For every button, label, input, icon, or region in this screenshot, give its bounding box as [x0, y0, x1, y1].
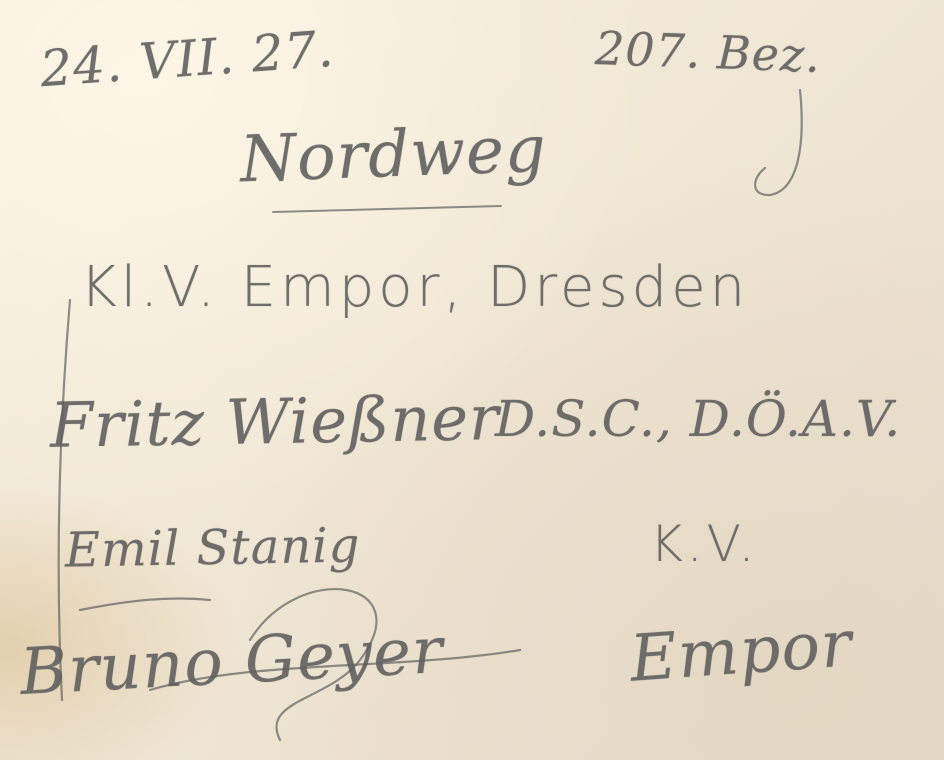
signature-1: Fritz Wießner [49, 381, 500, 462]
signature-2: Emil Stanig [65, 517, 361, 578]
signature-3: Bruno Geyer [18, 614, 445, 710]
heading-underline [272, 205, 502, 213]
signature-1-affiliation: D.S.C., D.Ö.A.V. [495, 390, 901, 448]
signature-3-affiliation: Empor [628, 607, 855, 696]
date-text: 24. VII. 27. [38, 20, 336, 98]
record-number-text: 207. Bez. [594, 21, 822, 83]
club-line-text: Kl.V. Empor, Dresden [80, 255, 749, 320]
handwritten-note: 24. VII. 27. 207. Bez. Nordweg Kl.V. Emp… [0, 0, 944, 760]
signature-2-affiliation: K.V. [650, 515, 758, 573]
route-heading: Nordweg [239, 113, 548, 198]
